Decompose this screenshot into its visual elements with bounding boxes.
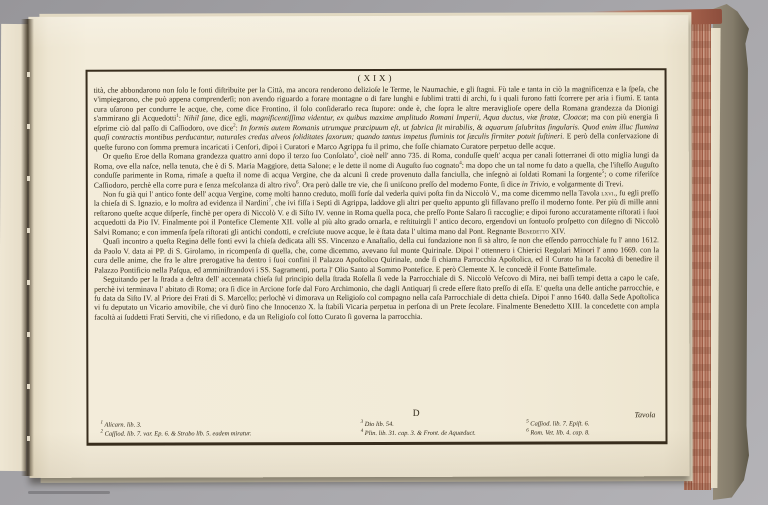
footnote-item: 5 Caſſiod. lib. 7. Epiſt. 6. <box>526 421 665 430</box>
footnote-item: 6 Rom. Vet. lib. 4. cap. 8. <box>526 429 665 438</box>
footnote-column: 5 Caſſiod. lib. 7. Epiſt. 6.6 Rom. Vet. … <box>526 421 665 438</box>
paragraph: Quaſi incontro a queſta Regina delle fon… <box>94 235 659 274</box>
book-page: (XIX) tità, che abbondarono non ſolo le … <box>28 15 689 478</box>
book-photo: (XIX) tità, che abbondarono non ſolo le … <box>0 0 768 505</box>
footnotes: 1 Alicarn. lib. 3.2 Caſſiod. lib. 7. var… <box>100 421 657 439</box>
paragraph: Seguitando per la ſtrada a deſtra dell' … <box>94 273 659 322</box>
watermark <box>28 491 110 494</box>
signature-mark: D <box>413 409 420 419</box>
paragraph: Or queſto Eroe della Romana grandezza qu… <box>94 150 659 189</box>
footnote-column: 3 Dio lib. 54.4 Plin. lib. 31. cap. 3. &… <box>361 421 523 438</box>
text-frame: (XIX) tità, che abbondarono non ſolo le … <box>86 68 668 446</box>
page-number: (XIX) <box>88 72 665 84</box>
gutter-crease <box>21 19 34 476</box>
spacer <box>88 321 665 411</box>
paragraph: Non fu già qui l' antico fonte dell' acq… <box>94 188 659 237</box>
footnote-item: 2 Caſſiod. lib. 7. var. Ep. 6. & Strabo … <box>100 430 356 439</box>
footnote-column: 1 Alicarn. lib. 3.2 Caſſiod. lib. 7. var… <box>100 421 356 438</box>
footnote-item: 4 Plin. lib. 31. cap. 3. & Front. de Aqu… <box>361 429 523 438</box>
signature-row: D Tavola <box>96 409 657 422</box>
body-text: tità, che abbondarono non ſolo le fonti … <box>94 84 660 322</box>
catchword: Tavola <box>634 411 655 420</box>
paragraph: tità, che abbondarono non ſolo le fonti … <box>94 84 659 152</box>
